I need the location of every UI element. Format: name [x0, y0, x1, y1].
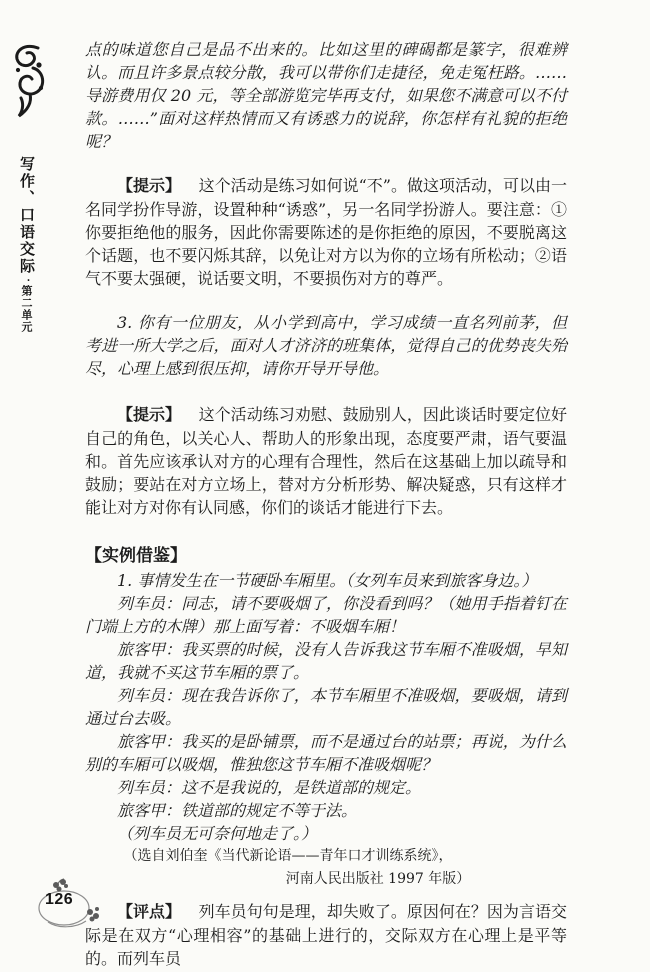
sidebar-unit-label: 第二单元 — [20, 285, 32, 333]
tip-paragraph-1: 【提示】这个活动是练习如何说“不”。做这项活动，可以由一名同学扮作导游，设置种种… — [85, 174, 567, 290]
tip-label-1: 【提示】 — [117, 178, 181, 195]
dialogue-line: 1. 事情发生在一节硬卧车厢里。（女列车员来到旅客身边。） — [85, 569, 567, 592]
dialogue-line: 旅客甲：我买的是卧铺票，而不是通过台的站票；再说，为什么别的车厢可以吸烟，惟独您… — [85, 730, 567, 776]
dialogue-line: （列车员无可奈何地走了。） — [85, 822, 567, 845]
exercise-item-3: 3. 你有一位朋友，从小学到高中，学习成绩一直名列前茅，但考进一所大学之后，面对… — [85, 311, 567, 380]
dialogue-line: 旅客甲：铁道部的规定不等于法。 — [85, 799, 567, 822]
page-footer: 126 — [28, 876, 112, 936]
continued-paragraph: 点的味道您自己是品不出来的。比如这里的碑碣都是篆字，很难辨认。而且许多景点较分散… — [85, 38, 567, 153]
dialogue-line: 列车员：这不是我说的，是铁道部的规定。 — [85, 776, 567, 799]
source-attribution-line: （选自刘伯奎《当代新论语——青年口才训练系统》， — [47, 845, 529, 868]
comment-label: 【评点】 — [117, 904, 181, 921]
sidebar-book-title: 写作、口语交际 — [18, 156, 35, 275]
dialogue-line: 旅客甲：我买票的时候，没有人告诉我这节车厢不准吸烟，早知道，我就不买这节车厢的票… — [85, 638, 567, 684]
tip-paragraph-2: 【提示】这个活动练习劝慰、鼓励别人，因此谈话时要定位好自己的角色，以关心人、帮助… — [85, 403, 567, 519]
dialogue-line: 列车员：现在我告诉你了，本节车厢里不准吸烟，要吸烟，请到通过台去吸。 — [85, 684, 567, 730]
dialogue-line: 列车员：同志，请不要吸烟了，你没看到吗？（她用手指着钉在门端上方的木牌）那上面写… — [85, 592, 567, 638]
tip-label-2: 【提示】 — [117, 407, 181, 424]
floral-flourish-icon — [8, 42, 50, 126]
sidebar-caption: 写作、口语交际・第二单元 — [16, 156, 37, 366]
comment-paragraph: 【评点】列车员句句是理，却失败了。原因何在？因为言语交际是在双方“心理相容”的基… — [85, 900, 567, 970]
page-number: 126 — [45, 891, 73, 909]
book-page: 写作、口语交际・第二单元 点的味道您自己是品不出来的。比如这里的碑碣都是篆字，很… — [0, 0, 650, 972]
publisher-line: 河南人民出版社 1997 年版） — [137, 868, 619, 891]
main-text-column: 点的味道您自己是品不出来的。比如这里的碑碣都是篆字，很难辨认。而且许多景点较分散… — [85, 38, 567, 970]
example-section-heading: 【实例借鉴】 — [85, 544, 567, 567]
sidebar-separator: ・ — [21, 275, 32, 285]
